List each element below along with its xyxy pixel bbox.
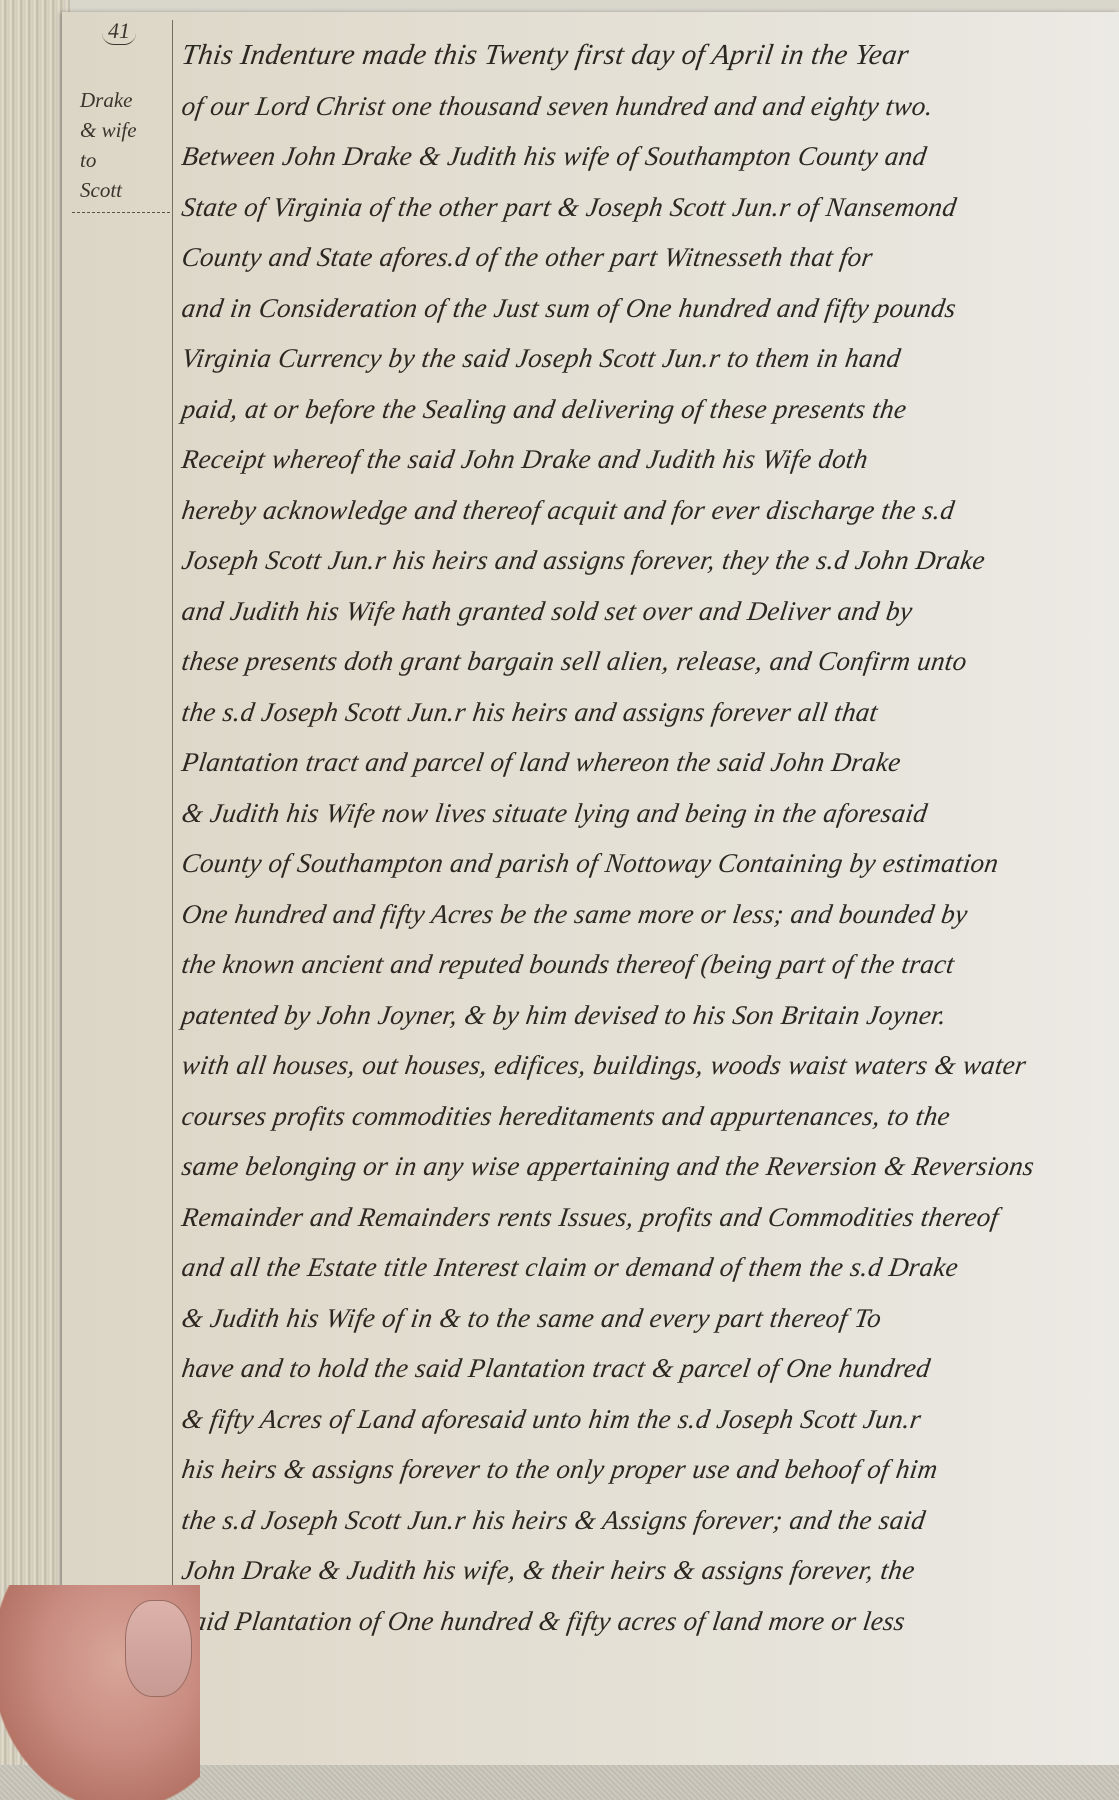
text-line: Remainder and Remainders rents Issues, p… [178, 1192, 1115, 1243]
margin-note-line: to [80, 145, 168, 175]
text-line: Receipt whereof the said John Drake and … [178, 434, 1115, 485]
margin-note-line: & wife [80, 115, 168, 145]
margin-note: Drake & wife to Scott [80, 85, 168, 205]
text-line: & fifty Acres of Land aforesaid unto him… [178, 1394, 1115, 1445]
text-line: the s.d Joseph Scott Jun.r his heirs and… [178, 687, 1115, 738]
text-line: have and to hold the said Plantation tra… [178, 1343, 1115, 1394]
text-line: patented by John Joyner, & by him devise… [178, 990, 1115, 1041]
text-line: the s.d Joseph Scott Jun.r his heirs & A… [178, 1495, 1115, 1546]
deed-text: This Indenture made this Twenty first da… [182, 30, 1112, 1646]
margin-note-line: Scott [80, 175, 168, 205]
book-page-edges [0, 0, 70, 1800]
text-line: County of Southampton and parish of Nott… [178, 838, 1115, 889]
text-line: Between John Drake & Judith his wife of … [178, 131, 1115, 182]
text-line: John Drake & Judith his wife, & their he… [178, 1545, 1115, 1596]
text-line: courses profits commodities hereditament… [178, 1091, 1115, 1142]
text-line: Plantation tract and parcel of land wher… [178, 737, 1115, 788]
text-line: Joseph Scott Jun.r his heirs and assigns… [178, 535, 1115, 586]
text-line: same belonging or in any wise appertaini… [178, 1141, 1115, 1192]
margin-rule-line [172, 20, 173, 1765]
text-line: and all the Estate title Interest claim … [178, 1242, 1115, 1293]
text-line: One hundred and fifty Acres be the same … [178, 889, 1115, 940]
text-line: of our Lord Christ one thousand seven hu… [178, 81, 1115, 132]
text-line: and Judith his Wife hath granted sold se… [178, 586, 1115, 637]
margin-column: 41 Drake & wife to Scott [72, 18, 168, 205]
text-line: & Judith his Wife now lives situate lyin… [178, 788, 1115, 839]
text-line: said Plantation of One hundred & fifty a… [178, 1596, 1115, 1647]
text-line: paid, at or before the Sealing and deliv… [178, 384, 1115, 435]
text-line: the known ancient and reputed bounds the… [178, 939, 1115, 990]
text-line: This Indenture made this Twenty first da… [178, 30, 1115, 81]
text-line: and in Consideration of the Just sum of … [178, 283, 1115, 334]
text-line: his heirs & assigns forever to the only … [178, 1444, 1115, 1495]
text-line: hereby acknowledge and thereof acquit an… [178, 485, 1115, 536]
margin-separator [72, 212, 170, 214]
margin-note-line: Drake [80, 85, 168, 115]
text-line: these presents doth grant bargain sell a… [178, 636, 1115, 687]
text-line: & Judith his Wife of in & to the same an… [178, 1293, 1115, 1344]
text-line: County and State afores.d of the other p… [178, 232, 1115, 283]
text-line: State of Virginia of the other part & Jo… [178, 182, 1115, 233]
text-line: Virginia Currency by the said Joseph Sco… [178, 333, 1115, 384]
folio-number: 41 [102, 18, 136, 45]
text-line: with all houses, out houses, edifices, b… [178, 1040, 1115, 1091]
thumbnail-nail [125, 1600, 192, 1697]
